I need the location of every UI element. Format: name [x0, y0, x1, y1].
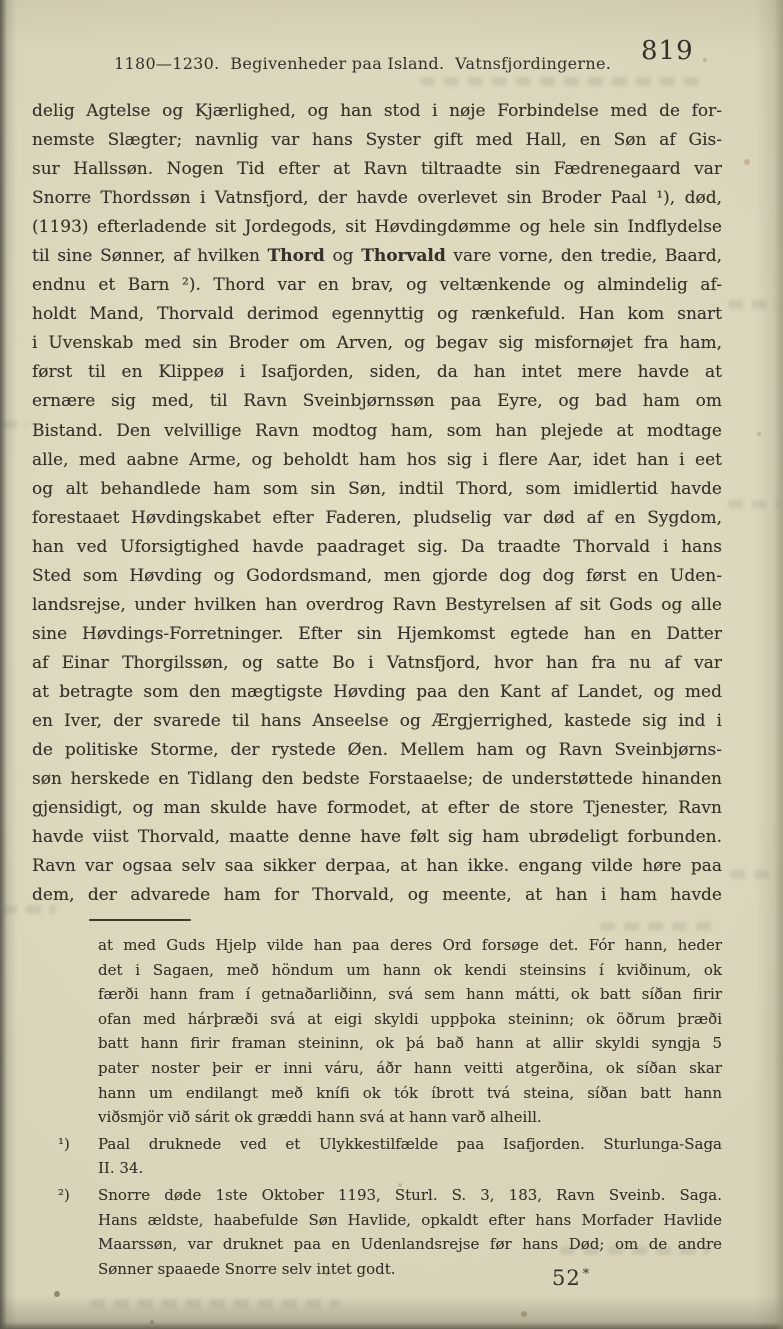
text-line: alle, med aabne Arme, og beholdt ham hos…	[32, 446, 722, 475]
page-edge-right	[774, 0, 783, 1329]
main-text: delig Agtelse og Kjærlighed, og han stod…	[32, 97, 722, 910]
signature-number: 52	[552, 1266, 581, 1290]
footnote-text: Snorre døde 1ste Oktober 1193, Sturl. S.…	[98, 1186, 722, 1204]
bleedthrough-text	[728, 500, 780, 509]
text-line: Sted som Høvding og Godordsmand, men gjo…	[32, 562, 722, 591]
footnote-continuation-line: hann um endilangt með knífi ok tók íbrot…	[58, 1081, 722, 1106]
book-page: 1180—1230. Begivenheder paa Island. Vatn…	[0, 0, 783, 1329]
text-line: søn herskede en Tidlang den bedste Forst…	[32, 765, 722, 794]
footnote-marker: ²)	[58, 1183, 98, 1208]
footnote-line: ¹)Paal druknede ved et Ulykkestilfælde p…	[58, 1132, 722, 1157]
heir-name-thord: Thord	[268, 246, 325, 266]
footnote-separator	[89, 919, 191, 921]
text-line: nemste Slægter; navnlig var hans Syster …	[32, 126, 722, 155]
text-line: en Iver, der svarede til hans Anseelse o…	[32, 707, 722, 736]
text-line: og alt behandlede ham som sin Søn, indti…	[32, 475, 722, 504]
text-line: ernære sig med, til Ravn Sveinbjørnssøn …	[32, 387, 722, 416]
text-line: holdt Mand, Thorvald derimod egennyttig …	[32, 300, 722, 329]
text-line: endnu et Barn ²). Thord var en brav, og …	[32, 271, 722, 300]
page-edge-bottom	[0, 1322, 783, 1329]
bleedthrough-text	[420, 77, 700, 86]
heir-name-thorvald: Thorvald	[361, 246, 446, 266]
text-line: landsrejse, under hvilken han overdrog R…	[32, 591, 722, 620]
footnotes: at med Guds Hjelp vilde han paa deres Or…	[58, 933, 722, 1281]
running-head: 1180—1230. Begivenheder paa Island. Vatn…	[114, 54, 611, 73]
signature-asterisk: *	[583, 1267, 591, 1282]
bleedthrough-text	[90, 1299, 340, 1308]
text-line: Ravn var ogsaa selv saa sikker derpaa, a…	[32, 852, 722, 881]
text-segment: vare vorne, den tredie, Baard,	[446, 246, 722, 266]
text-line: gjensidigt, og man skulde have formodet,…	[32, 794, 722, 823]
footnote-marker: ¹)	[58, 1132, 98, 1157]
text-line: han ved Uforsigtighed havde paadraget si…	[32, 533, 722, 562]
footnote-line: Hans ældste, haabefulde Søn Havlide, opk…	[58, 1208, 722, 1233]
footnote-line: ²)Snorre døde 1ste Oktober 1193, Sturl. …	[58, 1183, 722, 1208]
footnote-text: Paal druknede ved et Ulykkestilfælde paa…	[98, 1135, 722, 1153]
text-line: delig Agtelse og Kjærlighed, og han stod…	[32, 97, 722, 126]
footnote-line: II. 34.	[58, 1156, 722, 1181]
text-line: Snorre Thordssøn i Vatnsfjord, der havde…	[32, 184, 722, 213]
footnote-continuation-line: færði hann fram í getnaðarliðinn, svá se…	[58, 982, 722, 1007]
footnote-continuation-line: ofan med hárþræði svá at eigi skyldi upp…	[58, 1007, 722, 1032]
text-line: af Einar Thorgilssøn, og satte Bo i Vatn…	[32, 649, 722, 678]
text-line-heirs: til sine Sønner, af hvilken Thord og Tho…	[32, 242, 722, 271]
footnote-continuation-line: at med Guds Hjelp vilde han paa deres Or…	[58, 933, 722, 958]
text-line: (1193) efterladende sit Jordegods, sit H…	[32, 213, 722, 242]
text-line: at betragte som den mægtigste Høvding pa…	[32, 678, 722, 707]
bleedthrough-text	[730, 870, 780, 879]
text-line: dem, der advarede ham for Thorvald, og m…	[32, 881, 722, 910]
text-segment: til sine Sønner, af hvilken	[32, 246, 268, 266]
text-line: Bistand. Den velvillige Ravn modtog ham,…	[32, 417, 722, 446]
footnote-continuation-line: batt hann firir framan steininn, ok þá b…	[58, 1031, 722, 1056]
footnote-2: ²)Snorre døde 1ste Oktober 1193, Sturl. …	[58, 1183, 722, 1281]
bleedthrough-text	[728, 300, 778, 309]
text-line: forestaaet Høvdingskabet efter Faderen, …	[32, 504, 722, 533]
footnote-continuation-line: det i Sagaen, með höndum um hann ok kend…	[58, 958, 722, 983]
text-line: først til en Klippeø i Isafjorden, siden…	[32, 358, 722, 387]
page-edge-left	[0, 0, 7, 1329]
text-segment: og	[325, 246, 361, 266]
text-line: sur Hallssøn. Nogen Tid efter at Ravn ti…	[32, 155, 722, 184]
footnote-line: Maarssøn, var druknet paa en Udenlandsre…	[58, 1232, 722, 1257]
page-number: 819	[641, 36, 694, 66]
text-line: i Uvenskab med sin Broder om Arven, og b…	[32, 329, 722, 358]
footnote-1: ¹)Paal druknede ved et Ulykkestilfælde p…	[58, 1132, 722, 1181]
footnote-continuation-line: pater noster þeir er inni váru, áðr hann…	[58, 1056, 722, 1081]
text-line: havde viist Thorvald, maatte denne have …	[32, 823, 722, 852]
text-line: sine Høvdings-Forretninger. Efter sin Hj…	[32, 620, 722, 649]
bleedthrough-text	[600, 922, 720, 931]
footnote-continuation-line: viðsmjör við sárit ok græddi hann svá at…	[58, 1105, 722, 1130]
footnote-line: Sønner spaaede Snorre selv intet godt.	[58, 1257, 722, 1282]
signature-mark: 52*	[552, 1266, 590, 1290]
text-line: de politiske Storme, der rystede Øen. Me…	[32, 736, 722, 765]
